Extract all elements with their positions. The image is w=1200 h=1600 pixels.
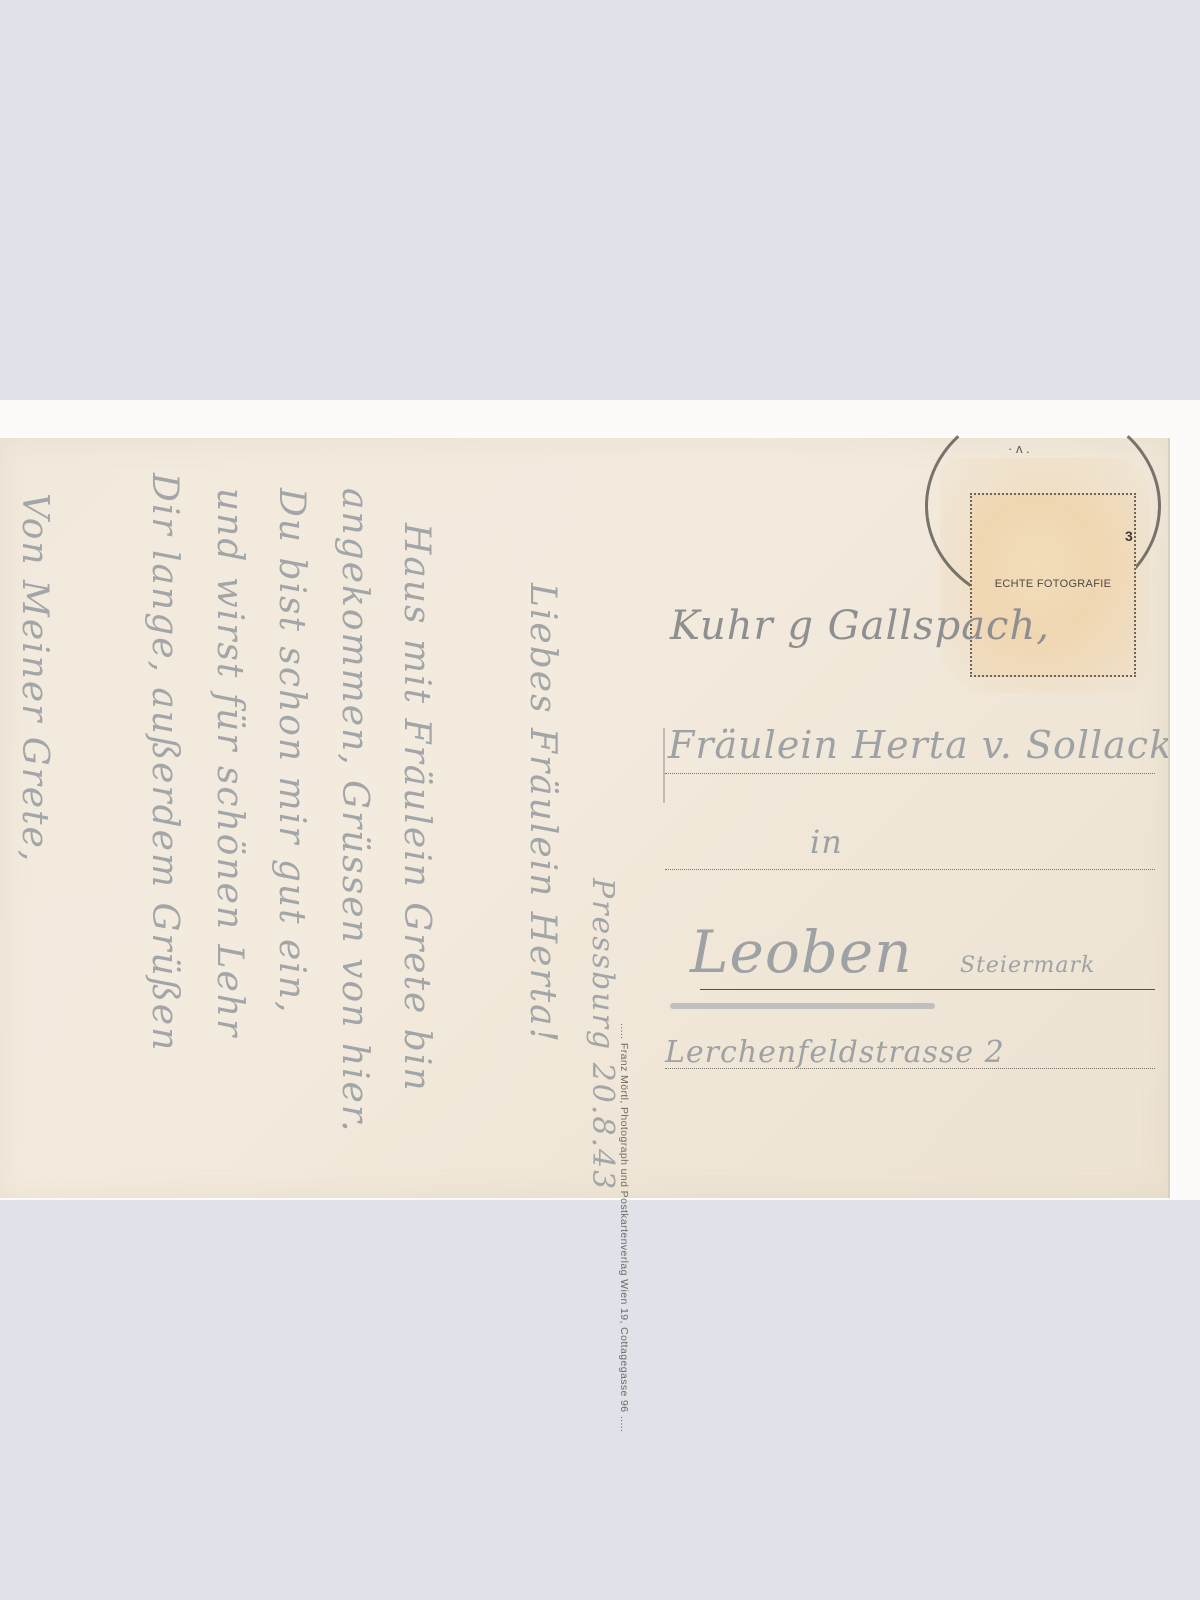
address-preposition: in bbox=[810, 823, 843, 861]
message-line: Liebes Fräulein Herta! bbox=[522, 583, 563, 1044]
message-date: Pressburg 20.8.43 bbox=[585, 878, 620, 1191]
postmark-fragment: · ʌ . bbox=[1008, 441, 1030, 456]
recipient-city: Leoben bbox=[690, 918, 913, 986]
recipient-region: Steiermark bbox=[960, 953, 1095, 978]
postcard-back: · ʌ . ECHTE FOTOGRAFIE 3 ..... Franz Mör… bbox=[0, 438, 1170, 1198]
message-line: Du bist schon mir gut ein, bbox=[271, 488, 312, 1014]
message-line: Dir lange, außerdem Grüßen bbox=[144, 473, 185, 1052]
scan-sheet: · ʌ . ECHTE FOTOGRAFIE 3 ..... Franz Mör… bbox=[0, 400, 1200, 1200]
postmark-digit: 3 bbox=[1125, 528, 1133, 544]
city-underline bbox=[670, 1003, 935, 1009]
stamp-box-label: ECHTE FOTOGRAFIE bbox=[972, 578, 1134, 590]
address-line-2 bbox=[665, 869, 1155, 870]
address-line-1 bbox=[665, 773, 1155, 774]
recipient-street: Lerchenfeldstrasse 2 bbox=[665, 1035, 1005, 1070]
address-line-3 bbox=[700, 989, 1155, 990]
recipient-name: Fräulein Herta v. Sollack bbox=[668, 723, 1173, 767]
stamp-box: ECHTE FOTOGRAFIE bbox=[970, 493, 1136, 677]
pen-stroke bbox=[663, 728, 665, 803]
message-line: und wirst für schönen Lehr bbox=[209, 488, 250, 1038]
sender-line: Kuhr g Gallspach, bbox=[670, 603, 1050, 649]
address-line-4 bbox=[665, 1068, 1155, 1069]
message-line: Haus mit Fräulein Grete bin bbox=[396, 523, 437, 1093]
message-signature: Von Meiner Grete, bbox=[14, 493, 55, 863]
message-line: angekommen, Grüssen von hier. bbox=[334, 488, 375, 1134]
